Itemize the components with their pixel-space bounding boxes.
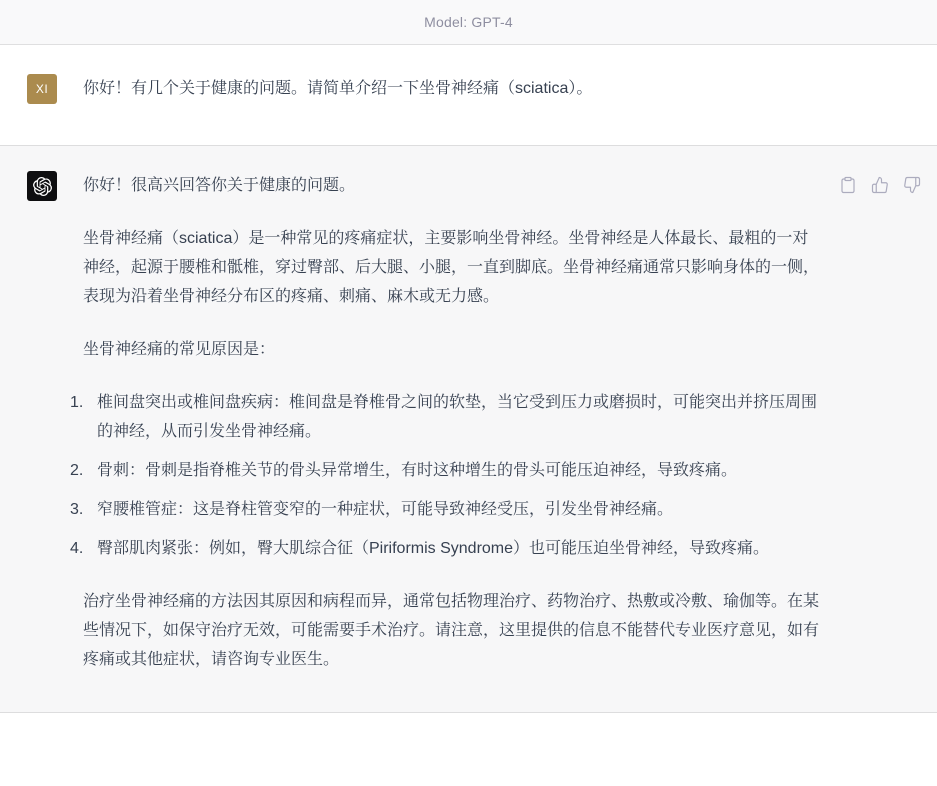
assistant-paragraph: 治疗坐骨神经痛的方法因其原因和病程而异，通常包括物理治疗、药物治疗、热敷或冷敷、…	[83, 587, 821, 674]
list-number: 3.	[70, 495, 97, 524]
list-item-text: 臀部肌肉紧张：例如，臀大肌综合征（Piriformis Syndrome）也可能…	[97, 534, 821, 563]
list-item: 2. 骨刺：骨刺是指脊椎关节的骨头异常增生，有时这种增生的骨头可能压迫神经，导致…	[83, 456, 821, 485]
list-item: 1. 椎间盘突出或椎间盘疾病：椎间盘是脊椎骨之间的软垫，当它受到压力或磨损时，可…	[83, 388, 821, 446]
model-header: Model: GPT-4	[0, 0, 937, 45]
copy-button[interactable]	[839, 176, 857, 194]
openai-logo-icon	[33, 177, 52, 196]
thumbs-up-button[interactable]	[871, 176, 889, 194]
copy-icon	[839, 176, 857, 194]
list-item-text: 骨刺：骨刺是指脊椎关节的骨头异常增生，有时这种增生的骨头可能压迫神经，导致疼痛。	[97, 456, 821, 485]
causes-list: 1. 椎间盘突出或椎间盘疾病：椎间盘是脊椎骨之间的软垫，当它受到压力或磨损时，可…	[83, 388, 821, 563]
assistant-message-content: 你好！很高兴回答你关于健康的问题。 坐骨神经痛（sciatica）是一种常见的疼…	[83, 171, 821, 674]
assistant-avatar	[27, 171, 57, 201]
list-item: 4. 臀部肌肉紧张：例如，臀大肌综合征（Piriformis Syndrome）…	[83, 534, 821, 563]
list-item-text: 椎间盘突出或椎间盘疾病：椎间盘是脊椎骨之间的软垫，当它受到压力或磨损时，可能突出…	[97, 388, 821, 446]
chat-window: Model: GPT-4 XI 你好！有几个关于健康的问题。请简单介绍一下坐骨神…	[0, 0, 937, 786]
thumbs-down-button[interactable]	[903, 176, 921, 194]
assistant-message-row: 你好！很高兴回答你关于健康的问题。 坐骨神经痛（sciatica）是一种常见的疼…	[0, 145, 937, 713]
user-avatar: XI	[27, 74, 57, 104]
message-actions	[839, 171, 921, 194]
assistant-paragraph: 坐骨神经痛（sciatica）是一种常见的疼痛症状，主要影响坐骨神经。坐骨神经是…	[83, 224, 821, 311]
list-item-text: 窄腰椎管症：这是脊柱管变窄的一种症状，可能导致神经受压，引发坐骨神经痛。	[97, 495, 821, 524]
list-item: 3. 窄腰椎管症：这是脊柱管变窄的一种症状，可能导致神经受压，引发坐骨神经痛。	[83, 495, 821, 524]
user-message-row: XI 你好！有几个关于健康的问题。请简单介绍一下坐骨神经痛（sciatica）。	[0, 45, 937, 145]
user-message-text: 你好！有几个关于健康的问题。请简单介绍一下坐骨神经痛（sciatica）。	[83, 74, 821, 103]
thumbs-up-icon	[871, 176, 889, 194]
thumbs-down-icon	[903, 176, 921, 194]
list-number: 1.	[70, 388, 97, 446]
model-label: Model: GPT-4	[424, 14, 513, 30]
assistant-paragraph: 坐骨神经痛的常见原因是：	[83, 335, 821, 364]
bottom-strip	[0, 713, 937, 786]
list-number: 2.	[70, 456, 97, 485]
list-number: 4.	[70, 534, 97, 563]
user-message-content: 你好！有几个关于健康的问题。请简单介绍一下坐骨神经痛（sciatica）。	[83, 74, 821, 103]
assistant-intro: 你好！很高兴回答你关于健康的问题。	[83, 171, 821, 200]
